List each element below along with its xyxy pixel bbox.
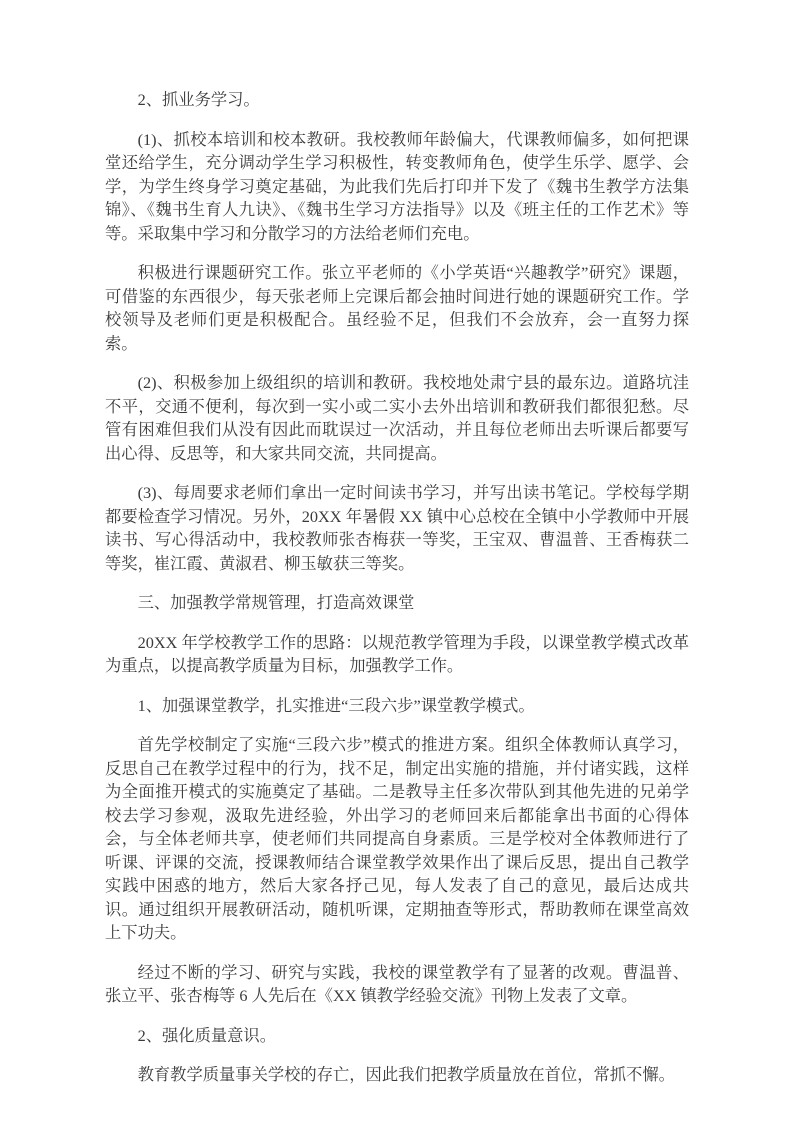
paragraph: 2、强化质量意识。 <box>105 1024 689 1048</box>
paragraph: 20XX 年学校教学工作的思路：以规范教学管理为手段，以课堂教学模式改革为重点，… <box>105 631 689 678</box>
paragraph: (1)、抓校本培训和校本教研。我校教师年龄偏大，代课教师偏多，如何把课堂还给学生… <box>105 128 689 246</box>
paragraph: 2、抓业务学习。 <box>105 88 689 112</box>
paragraph: (2)、积极参加上级组织的培训和教研。我校地处肃宁县的最东边。道路坑洼不平，交通… <box>105 371 689 465</box>
paragraph: 首先学校制定了实施“三段六步”模式的推进方案。组织全体教师认真学习，反思自己在教… <box>105 733 689 945</box>
paragraph: 教育教学质量事关学校的存亡，因此我们把教学质量放在首位，常抓不懈。 <box>105 1063 689 1087</box>
paragraph: 经过不断的学习、研究与实践，我校的课堂教学有了显著的改观。曹温普、张立平、张杏梅… <box>105 961 689 1008</box>
paragraph: 三、加强教学常规管理，打造高效课堂 <box>105 591 689 615</box>
document-body: 2、抓业务学习。(1)、抓校本培训和校本教研。我校教师年龄偏大，代课教师偏多，如… <box>105 88 689 1087</box>
document-page: 2、抓业务学习。(1)、抓校本培训和校本教研。我校教师年龄偏大，代课教师偏多，如… <box>0 0 793 1122</box>
paragraph: 1、加强课堂教学，扎实推进“三段六步”课堂教学模式。 <box>105 694 689 718</box>
paragraph: 积极进行课题研究工作。张立平老师的《小学英语“兴趣教学”研究》课题，可借鉴的东西… <box>105 261 689 355</box>
paragraph: (3)、每周要求老师们拿出一定时间读书学习，并写出读书笔记。学校每学期都要检查学… <box>105 481 689 575</box>
